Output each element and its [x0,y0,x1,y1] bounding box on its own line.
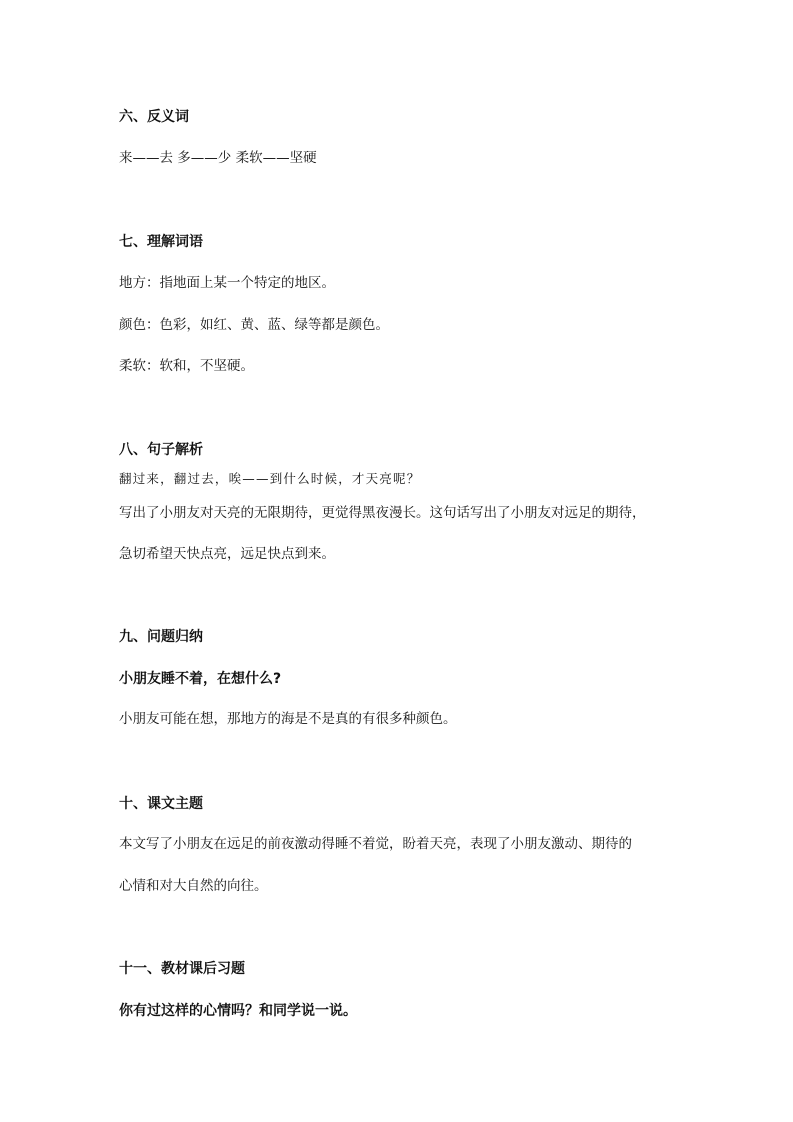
section-heading-vocabulary: 七、理解词语 [119,235,203,249]
vocabulary-item: 地方：指地面上某一个特定的地区。 [119,277,335,291]
section-heading-question-summary: 九、问题归纳 [119,630,203,644]
summary-answer: 小朋友可能在想，那地方的海是不是真的有很多种颜色。 [119,713,457,727]
section-heading-exercises: 十一、教材课后习题 [119,962,245,976]
quoted-sentence: 翻过来，翻过去，唉——到什么时候，才天亮呢？ [119,473,420,486]
antonym-pairs: 来——去 多——少 柔软——坚硬 [119,152,317,166]
section-heading-sentence-analysis: 八、句子解析 [119,443,203,457]
vocabulary-item: 颜色：色彩，如红、黄、蓝、绿等都是颜色。 [119,319,389,333]
section-heading-theme: 十、课文主题 [119,797,203,811]
analysis-text-line: 急切希望天快点亮，远足快点到来。 [119,548,335,562]
exercise-question: 你有过这样的心情吗？和同学说一说。 [119,1004,357,1018]
theme-text-line: 心情和对大自然的向往。 [119,880,268,894]
vocabulary-item: 柔软：软和，不坚硬。 [119,360,254,374]
analysis-text-line: 写出了小朋友对天亮的无限期待，更觉得黑夜漫长。这句话写出了小朋友对远足的期待， [119,507,646,521]
theme-text-line: 本文写了小朋友在远足的前夜激动得睡不着觉，盼着天亮，表现了小朋友激动、期待的 [119,838,632,852]
summary-question: 小朋友睡不着，在想什么? [119,672,281,686]
section-heading-antonyms: 六、反义词 [119,110,189,124]
